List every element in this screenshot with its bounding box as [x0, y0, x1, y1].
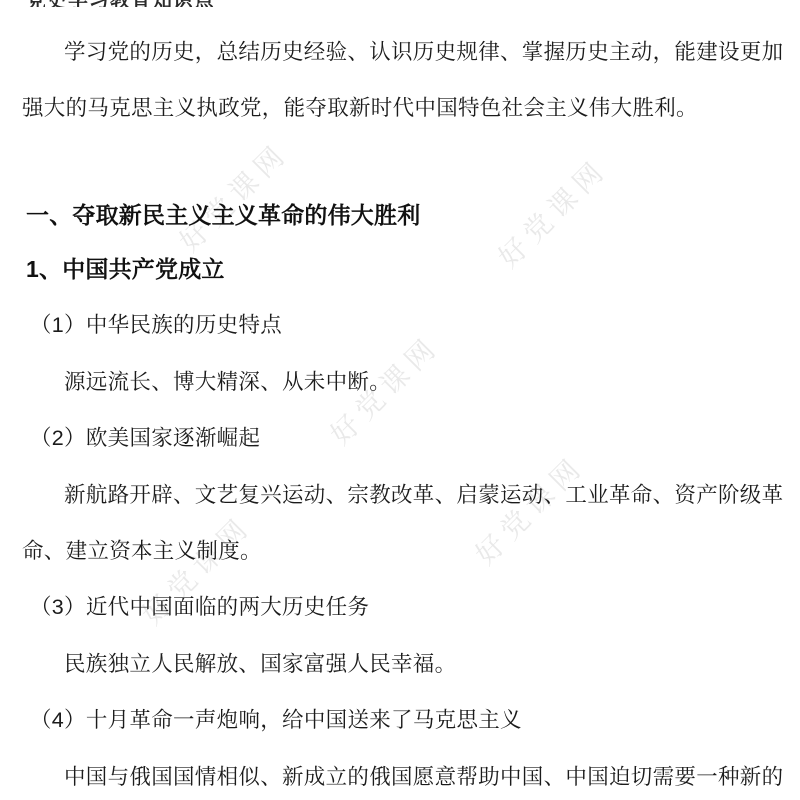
clipped-heading-text: 党史学习教育知识点: [26, 0, 256, 7]
site-watermark: 好党课网: [465, 445, 592, 572]
item-3-detail: 民族独立人民解放、国家富强人民幸福。: [64, 650, 456, 678]
site-watermark: 好党课网: [169, 132, 296, 259]
item-1-label: （1）中华民族的历史特点: [30, 311, 282, 339]
item-4-label: （4）十月革命一声炮响，给中国送来了马克思主义: [30, 706, 522, 734]
intro-paragraph-line-2: 强大的马克思主义执政党，能夺取新时代中国特色社会主义伟大胜利。: [22, 94, 698, 122]
item-3-label: （3）近代中国面临的两大历史任务: [30, 593, 369, 621]
intro-paragraph-line-1: 学习党的历史，总结历史经验、认识历史规律、掌握历史主动，能建设更加: [64, 38, 783, 66]
item-4-detail: 中国与俄国国情相似、新成立的俄国愿意帮助中国、中国迫切需要一种新的: [64, 763, 783, 791]
site-watermark: 好党课网: [488, 148, 615, 275]
document-page: 好党课网 好党课网 好党课网 好党课网 好党课网 党史学习教育知识点 学习党的历…: [0, 0, 800, 800]
item-2-detail-line-1: 新航路开辟、文艺复兴运动、宗教改革、启蒙运动、工业革命、资产阶级革: [64, 481, 783, 509]
sub-heading: 1、中国共产党成立: [26, 255, 225, 283]
item-2-label: （2）欧美国家逐渐崛起: [30, 424, 260, 452]
item-2-detail-line-2: 命、建立资本主义制度。: [22, 537, 262, 565]
section-heading: 一、夺取新民主义主义革命的伟大胜利: [26, 201, 420, 229]
clipped-heading-fragment: 党史学习教育知识点: [26, 0, 256, 7]
item-1-detail: 源远流长、博大精深、从未中断。: [64, 368, 391, 396]
